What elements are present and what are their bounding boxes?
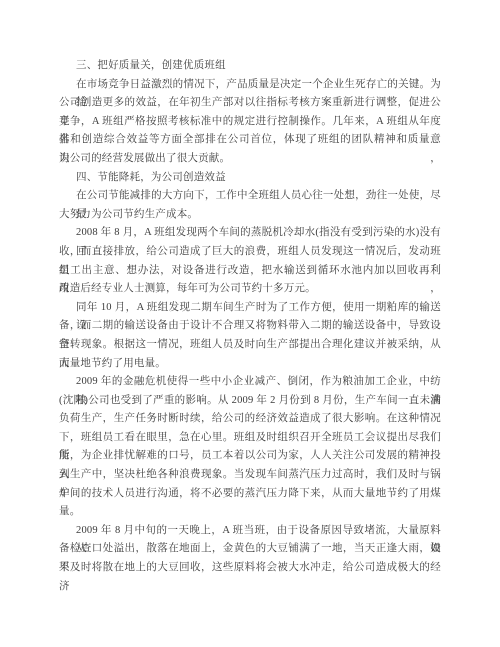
- text-line: 公司创造更多的效益，在年初生产部对以往指标考核方案重新进行调整，促进公平: [59, 94, 441, 113]
- text-line: 空转现象。根据这一情况，班组人员及时向生产部提出合理化建议并被采纳，从而: [59, 336, 441, 355]
- text-line: 大量地节约了用电量。: [59, 355, 441, 374]
- text-line: 员工出主意、想办法，对设备进行改造，把水输送到循环水池内加以回收再利用，: [59, 262, 441, 281]
- text-line: 在公司节能减排的大方向下，工作中全班组人员心往一处想，劲往一处使，尽最: [59, 187, 441, 206]
- text-line: 同年 10 月，A 班组发现二期车间生产时为了工作方便，使用一期粕库的输送设: [59, 299, 441, 318]
- text-line: 车间的技术人员进行沟通，将不必要的蒸汽压力降下来，从而大量地节约了用煤: [59, 485, 441, 504]
- text-line: 四、节能降耗，为公司创造效益: [59, 169, 441, 188]
- text-line: 备检查口处溢出，散落在地面上，金黄色的大豆铺满了一地，当天正逢大雨，如果: [59, 540, 441, 559]
- text-line: 2009 年 8 月中旬的一天晚上，A 班当班，由于设备原因导致堵流，大量原料从…: [59, 522, 441, 541]
- text-block: 三、把好质量关，创建优质班组在市场竞争日益激烈的情况下，产品质量是决定一个企业生…: [59, 57, 441, 578]
- text-line: 到生产中，坚决杜绝各种浪费现象。当发现车间蒸汽压力过高时，我们及时与锅炉: [59, 466, 441, 485]
- text-line: 不及时将散在地上的大豆回收，这些原料将会被大水冲走，给公司造成极大的经济: [59, 559, 441, 578]
- text-line: 下，班组员工看在眼里，急在心里。班组及时组织召开全班员工会议提出尽我们所: [59, 429, 441, 448]
- text-line: 量。: [59, 503, 441, 522]
- text-line: 2008 年 8 月，A 班组发现两个车间的蒸脱机冷却水(指没有受到污染的水)没…: [59, 224, 441, 243]
- text-line: 竞争，A 班组严格按照考核标准中的规定进行控制操作。几年来，A 班组从年度排: [59, 113, 441, 132]
- text-line: 大努力为公司节约生产成本。: [59, 206, 441, 225]
- text-line: (沈阳)公司也受到了严重的影响。从 2009 年 2 月份到 8 月份，生产车间…: [59, 392, 441, 411]
- text-line: 2009 年的金融危机使得一些中小企业减产、倒闭，作为粮油加工企业，中纺粮油: [59, 373, 441, 392]
- document-page: 三、把好质量关，创建优质班组在市场竞争日益激烈的情况下，产品质量是决定一个企业生…: [0, 0, 500, 647]
- text-line: 负荷生产，生产任务时断时续，给公司的经济效益造成了很大影响。在这种情况: [59, 410, 441, 429]
- text-line: 三、把好质量关，创建优质班组: [59, 57, 441, 76]
- text-line: 名和创造综合效益等方面全部排在公司首位，体现了班组的团队精神和质量意识，: [59, 131, 441, 150]
- text-line: 能，为企业排忧解难的口号，员工本着以公司为家，人人关注公司发展的精神投入: [59, 447, 441, 466]
- text-line: 收，而直接排放，给公司造成了巨大的浪费，班组人员发现这一情况后，发动班组: [59, 243, 441, 262]
- text-line: 备，而二期的输送设备由于设计不合理又将物料带入二期的输送设备中，导致设备: [59, 317, 441, 336]
- text-line: 在市场竞争日益激烈的情况下，产品质量是决定一个企业生死存亡的关键。为给: [59, 76, 441, 95]
